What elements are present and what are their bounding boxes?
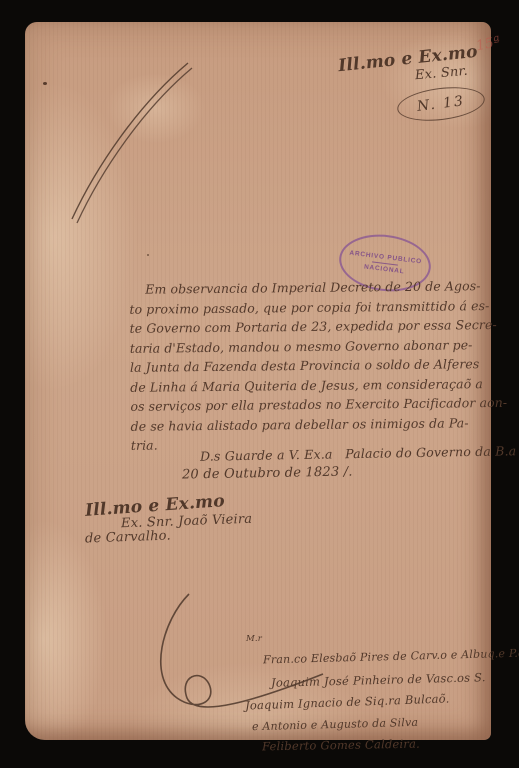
signature: Joaquim José Pinheiro de Vasc.os S. — [271, 670, 486, 690]
signature: e Antonio e Augusto da Silva — [252, 716, 418, 733]
addressee-name: Ex. Snr. Joaõ Vieira — [121, 512, 253, 532]
red-pencil-note: 15ª — [475, 34, 502, 55]
photo-frame: Ill.mo e Ex.mo Ex. Snr. 15ª N. 13 ARCHIV… — [0, 0, 519, 768]
signature: Feliberto Gomes Caldeira. — [262, 737, 420, 754]
stamp-line2: NACIONAL — [364, 263, 405, 275]
ink-speck — [43, 82, 47, 85]
ink-speck — [147, 254, 149, 256]
letter-body: Em observancia do Imperial Decreto de 20… — [129, 276, 481, 455]
signature: Joaquim Ignacio de Siq.ra Bulcaõ. — [245, 691, 450, 712]
body-line: de se havia alistado para debellar os in… — [131, 413, 481, 436]
manuscript-page: Ill.mo e Ex.mo Ex. Snr. 15ª N. 13 ARCHIV… — [25, 22, 491, 740]
salutation-top-continued: Ex. Snr. — [414, 64, 468, 84]
signature: Fran.co Elesbaõ Pires de Carv.o e Albuq.… — [263, 647, 519, 667]
signature-mark: M.r — [246, 634, 262, 644]
document-number-oval: N. 13 — [395, 83, 486, 125]
document-number: N. 13 — [416, 93, 466, 115]
date-line: 20 de Outubro de 1823 /. — [182, 465, 353, 483]
pen-slash-flourish — [58, 55, 203, 230]
addressee-surname: de Carvalho. — [85, 529, 171, 547]
